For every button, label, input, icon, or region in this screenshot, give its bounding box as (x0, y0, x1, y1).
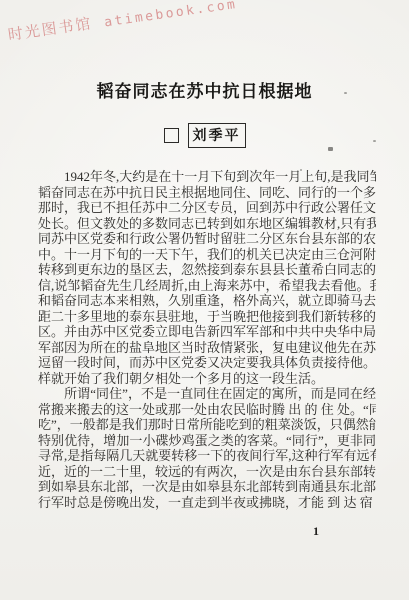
body-line: 逗留一段时间，而苏中区党委又决定要我具体负责接待他。这 (38, 355, 376, 371)
body-line: 中。十一月下旬的一天下午，我们的机关已决定由三仓河附近 (38, 247, 376, 263)
body-line: 距二十多里地的泰东县驻地，于当晚把他接到我们新转移的垦 (38, 309, 376, 325)
body-line: 近，近的一二十里，较远的有两次，一次是由东台县东部转 (38, 464, 376, 480)
body-line: 同苏中区党委和行政公署仍暂时留驻二分区东台县东部的农村 (38, 231, 376, 247)
scanned-book-page: 时光图书馆 atimebook.com 韬奋同志在苏中抗日根据地 刘季平 194… (0, 0, 409, 600)
body-line: 所谓“同住”，不是一直同住在固定的寓所，而是同在经 (38, 386, 376, 402)
author-name: 刘季平 (188, 123, 246, 148)
watermark-site-name: 时光图书馆 (7, 15, 94, 44)
author-marker-box-icon (164, 128, 179, 143)
watermark: 时光图书馆 atimebook.com (7, 0, 239, 45)
body-line: 区。并由苏中区党委立即电告新四军军部和中共中央华中局， (38, 324, 376, 340)
body-text: 1942年冬,大约是在十一月下旬到次年一月上旬,是我同邹韬奋同志在苏中抗日民主根… (38, 169, 376, 510)
body-line: 吃”，一般都是我们那时日常所能吃到的粗菜淡饭，只偶然能 (38, 417, 376, 433)
byline: 刘季平 (0, 124, 409, 146)
scan-speck (373, 140, 376, 142)
body-line: 转移到更东边的垦区去，忽然接到泰东县县长董希白同志的来 (38, 262, 376, 278)
article-title: 韬奋同志在苏中抗日根据地 (0, 77, 409, 102)
body-line: 韬奋同志在苏中抗日民主根据地同住、同吃、同行的一个多月。 (38, 185, 376, 201)
page-number: 1 (313, 524, 319, 539)
scan-speck (328, 147, 333, 151)
body-line: 到如皋县东北部，一次是由如皋县东北部转到南通县东北部， (38, 479, 376, 495)
scan-speck (344, 92, 347, 94)
body-line: 和韬奋同志本来相熟，久别重逢，格外高兴，就立即骑马去相 (38, 293, 376, 309)
body-line: 特别优待，增加一小碟炒鸡蛋之类的客菜。“同行”，更非同 (38, 433, 376, 449)
body-line: 处长。但文教处的多数同志已转到如东地区编辑教材,只有我随 (38, 216, 376, 232)
body-line: 样就开始了我们朝夕相处一个多月的这一段生活。 (38, 371, 376, 387)
scan-speck (300, 169, 302, 171)
body-line: 1942年冬,大约是在十一月下旬到次年一月上旬,是我同邹 (38, 169, 376, 185)
body-line: 那时，我已不担任苏中二分区专员，回到苏中行政公署任文教 (38, 200, 376, 216)
body-line: 行军时总是傍晚出发，一直走到半夜或拂晓，才能 到 达 宿 营 (38, 495, 376, 511)
watermark-site-url: atimebook.com (103, 0, 238, 30)
body-line: 信,说邹韬奋先生几经周折,由上海来苏中，希望我去看他。我 (38, 278, 376, 294)
body-line: 军部因为所在的盐阜地区当时敌情紧张，复电建议他先在苏中 (38, 340, 376, 356)
body-line: 寻常,是指每隔几天就要转移一下的夜间行军,这种行军有远有 (38, 448, 376, 464)
body-line: 常搬来搬去的这一处或那一处由农民临时腾 出 的 住 处。“同 (38, 402, 376, 418)
